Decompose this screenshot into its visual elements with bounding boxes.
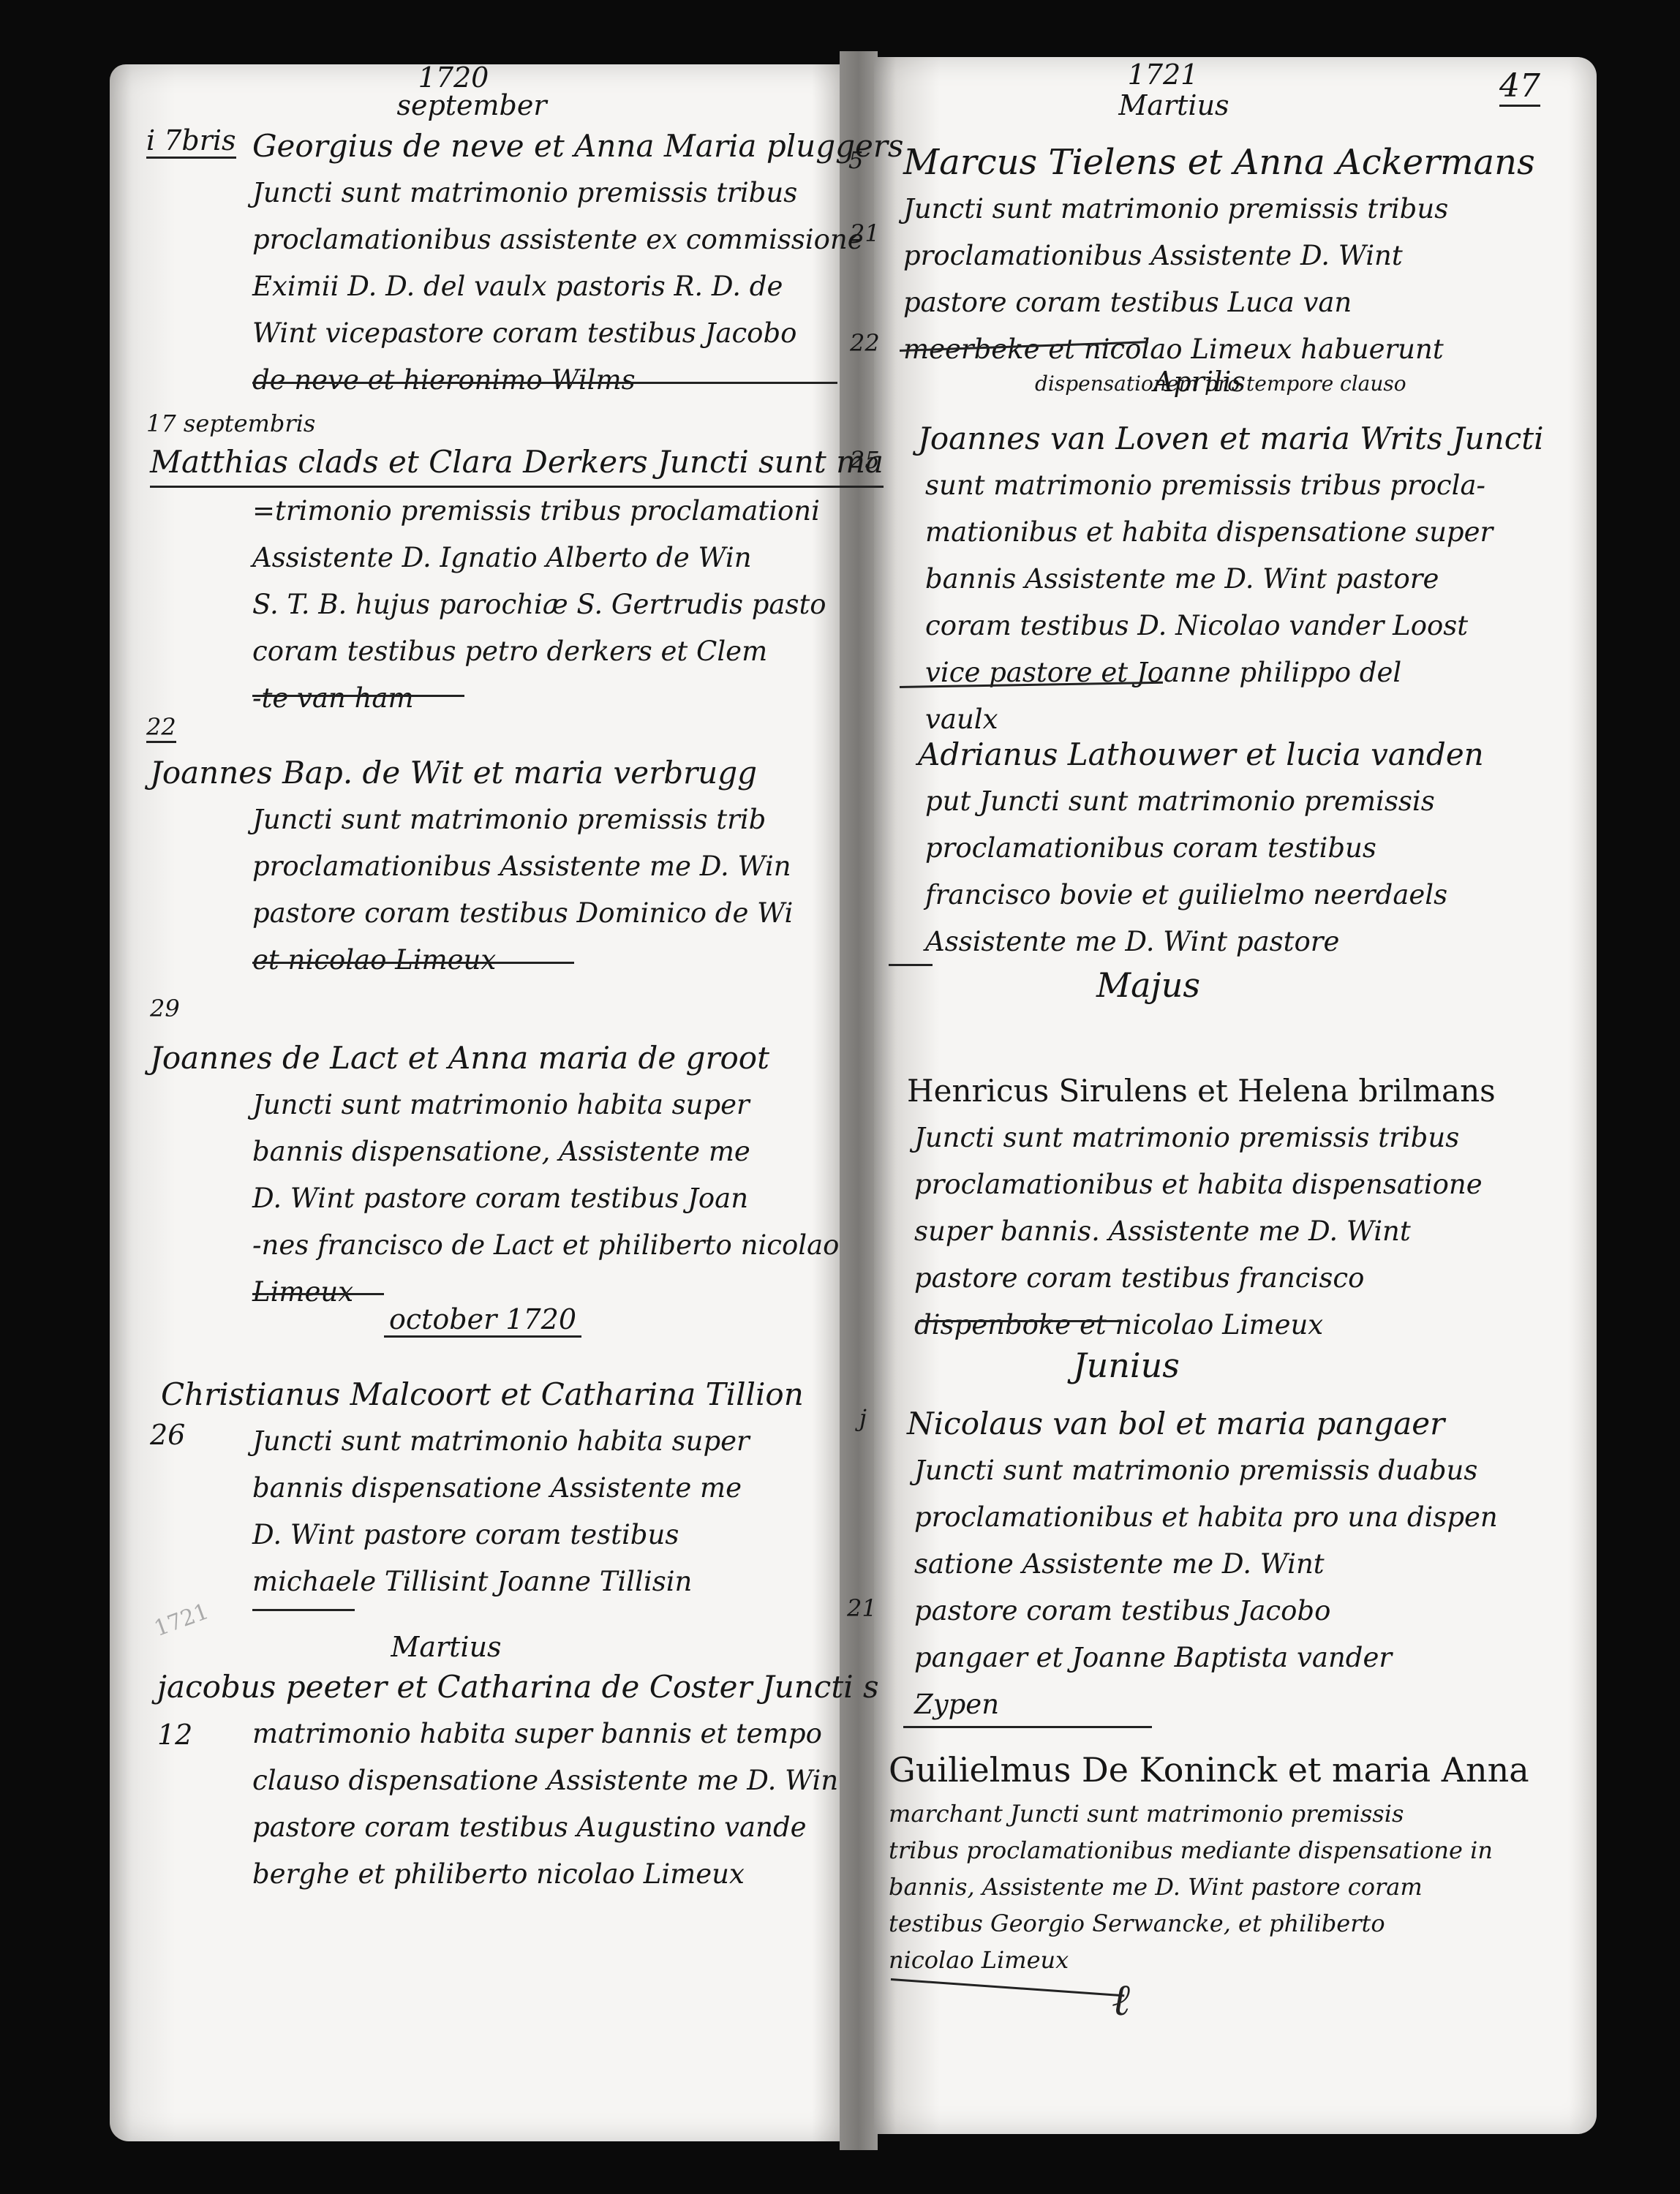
entry-line: proclamationibus et habita pro una dispe… [907,1494,1498,1541]
entry-separator [252,1293,384,1295]
entry-line: matrimonio habita super bannis et tempo [157,1711,879,1757]
marriage-entry: Christianus Malcoort et Catharina Tillio… [161,1371,804,1605]
entry-line: S. T. B. hujus parochiæ S. Gertrudis pas… [150,581,884,628]
entry-line: Assistente D. Ignatio Alberto de Win [150,535,884,581]
marriage-entry: Guilielmus De Koninck et maria Anna marc… [889,1744,1529,1978]
entry-line: Nicolaus van bol et maria pangaer [907,1401,1498,1447]
entry-line: Juncti sunt matrimonio habita super [150,1082,839,1128]
entry-line: Adrianus Lathouwer et lucia vanden [918,731,1484,778]
entry-line: Eximii D. D. del vaulx pastoris R. D. de [252,263,903,310]
entry-line: Joannes Bap. de Wit et maria verbrugg [150,750,793,796]
entry-line: coram testibus D. Nicolao vander Loost [918,603,1544,649]
entry-line: sunt matrimonio premissis tribus procla- [918,462,1544,509]
marriage-entry: Joannes de Lact et Anna maria de groot J… [150,1035,839,1316]
month-header-junius: Junius [1053,1346,1199,1385]
entry-line: proclamationibus Assistente me D. Win [150,843,793,890]
entry-separator [903,1726,1152,1728]
entry-line: Zypen [907,1681,1498,1728]
gutter-date: 5 [848,146,863,174]
entry-line: Assistente me D. Wint pastore [918,919,1484,965]
entry-line: bannis dispensatione, Assistente me [150,1128,839,1175]
entry-line: francisco bovie et guilielmo neerdaels [918,872,1484,919]
entry-line: Marcus Tielens et Anna Ackermans [903,139,1535,186]
entry-line: Juncti sunt matrimonio premissis duabus [907,1447,1498,1494]
entry-line: Juncti sunt matrimonio premissis tribus [252,170,903,216]
month-header-majus: Majus [1075,965,1221,1005]
entry-line: Henricus Sirulens et Helena brilmans [907,1068,1496,1115]
page-number: 47 [1499,67,1540,107]
gutter-date: 25 [850,446,880,474]
marriage-entry: Marcus Tielens et Anna Ackermans Juncti … [903,139,1535,395]
marriage-entry: Joannes van Loven et maria Writs Juncti … [918,415,1544,743]
entry-line: Juncti sunt matrimonio habita super [161,1418,804,1465]
gutter-date: 21 [850,219,880,247]
entry-line: Matthias clads et Clara Derkers Juncti s… [150,439,884,488]
right-year-header: 1721 [1097,59,1229,91]
marriage-entry: Henricus Sirulens et Helena brilmans Jun… [907,1068,1496,1349]
entry-line: Juncti sunt matrimonio premissis tribus [903,186,1535,233]
flourish-mark: ℓ [1112,1975,1130,2026]
entry-line: Juncti sunt matrimonio premissis trib [150,796,793,843]
entry-line: vice pastore et Joanne philippo del [918,649,1544,696]
entry-separator [252,962,574,964]
entry-line: D. Wint pastore coram testibus Joan [150,1175,839,1222]
entry-date: 29 [150,995,180,1022]
marriage-entry: Matthias clads et Clara Derkers Juncti s… [150,439,884,722]
entry-line: -nes francisco de Lact et philiberto nic… [150,1222,839,1269]
marriage-entry: jacobus peeter et Catharina de Coster Ju… [157,1664,879,1898]
entry-line: coram testibus petro derkers et Clem [150,628,884,675]
entry-line: super bannis. Assistente me D. Wint [907,1208,1496,1255]
entry-line: Juncti sunt matrimonio premissis tribus [907,1115,1496,1161]
entry-separator [252,695,464,697]
entry-line: pastore coram testibus Augustino vande [157,1804,879,1851]
entry-line: proclamationibus coram testibus [918,825,1484,872]
marriage-entry: Georgius de neve et Anna Maria pluggers … [252,123,903,404]
entry-date: 22 [146,713,176,743]
gutter-date: j [859,1404,867,1432]
entry-date: i 7bris [146,124,236,159]
entry-line: Georgius de neve et Anna Maria pluggers [252,123,903,170]
entry-line: de neve et hieronimo Wilms [252,357,903,404]
entry-line: satione Assistente me D. Wint [907,1541,1498,1588]
entry-date: 17 septembris [146,410,315,437]
month-header-martius: Martius [366,1631,527,1663]
marriage-entry: Adrianus Lathouwer et lucia vanden put J… [918,731,1484,965]
entry-line: mationibus et habita dispensatione super [918,509,1544,556]
entry-line: Joannes de Lact et Anna maria de groot [150,1035,839,1082]
entry-line: proclamationibus Assistente D. Wint [903,233,1535,279]
entry-line: D. Wint pastore coram testibus [161,1512,804,1558]
entry-line: marchant Juncti sunt matrimonio premissi… [889,1795,1529,1832]
entry-line: jacobus peeter et Catharina de Coster Ju… [157,1664,879,1711]
gutter-date: 22 [850,329,880,357]
entry-line: proclamationibus et habita dispensatione [907,1161,1496,1208]
entry-line: testibus Georgio Serwancke, et philibert… [889,1905,1529,1942]
entry-line: pastore coram testibus francisco [907,1255,1496,1302]
entry-line: pastore coram testibus Luca van [903,279,1535,326]
right-month-header: Martius [1090,89,1258,121]
entry-line: pastore coram testibus Jacobo [907,1588,1498,1635]
entry-line: dispenboke et nicolao Limeux [907,1302,1496,1349]
entry-separator [889,964,933,966]
month-header-october: october 1720 [384,1303,581,1338]
entry-line: Christianus Malcoort et Catharina Tillio… [161,1371,804,1418]
left-month-header: september [380,89,563,121]
entry-line: berghe et philiberto nicolao Limeux [157,1851,879,1898]
entry-line: =trimonio premissis tribus proclamationi [150,488,884,535]
entry-line: Guilielmus De Koninck et maria Anna [889,1744,1529,1795]
entry-line: bannis, Assistente me D. Wint pastore co… [889,1869,1529,1905]
entry-line: -te van ham [150,675,884,722]
entry-line: put Juncti sunt matrimonio premissis [918,778,1484,825]
entry-line: bannis Assistente me D. Wint pastore [918,556,1544,603]
entry-line: tribus proclamationibus mediante dispens… [889,1832,1529,1869]
entry-separator [252,1609,355,1611]
entry-line: et nicolao Limeux [150,937,793,984]
entry-line: proclamationibus assistente ex commissio… [252,216,903,263]
entry-separator [918,1320,1123,1322]
entry-line: nicolao Limeux [889,1942,1529,1978]
entry-line: michaele Tillisint Joanne Tillisin [161,1558,804,1605]
marriage-entry: Joannes Bap. de Wit et maria verbrugg Ju… [150,750,793,984]
entry-line: Joannes van Loven et maria Writs Juncti [918,415,1544,462]
month-header-aprilis: Aprilis [1126,366,1273,398]
entry-separator [252,382,837,384]
entry-line: pangaer et Joanne Baptista vander [907,1635,1498,1681]
marriage-entry: Nicolaus van bol et maria pangaer Juncti… [907,1401,1498,1728]
entry-line: pastore coram testibus Dominico de Wi [150,890,793,937]
entry-line: bannis dispensatione Assistente me [161,1465,804,1512]
entry-line: Wint vicepastore coram testibus Jacobo [252,310,903,357]
entry-line: clauso dispensatione Assistente me D. Wi… [157,1757,879,1804]
gutter-date: 21 [847,1594,877,1622]
